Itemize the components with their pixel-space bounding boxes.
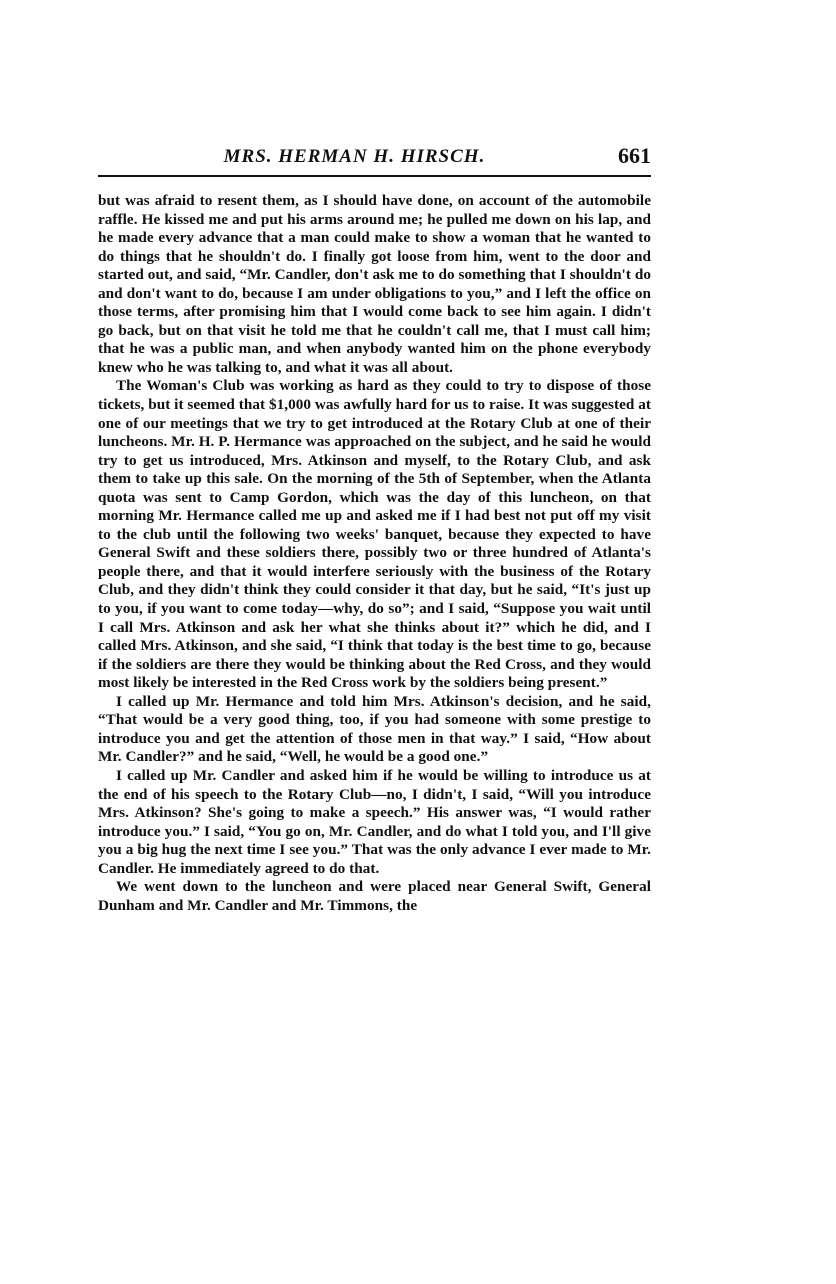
paragraph: but was afraid to resent them, as I shou… <box>98 192 651 377</box>
running-title: MRS. HERMAN H. HIRSCH. <box>98 146 651 168</box>
running-header: MRS. HERMAN H. HIRSCH. 661 <box>98 140 651 170</box>
paragraph: I called up Mr. Candler and asked him if… <box>98 767 651 878</box>
paragraph: We went down to the luncheon and were pl… <box>98 878 651 915</box>
header-rule <box>98 175 651 177</box>
book-page: MRS. HERMAN H. HIRSCH. 661 but was afrai… <box>98 140 651 915</box>
paragraph: I called up Mr. Hermance and told him Mr… <box>98 693 651 767</box>
page-number: 661 <box>618 143 651 169</box>
paragraph: The Woman's Club was working as hard as … <box>98 377 651 692</box>
body-text: but was afraid to resent them, as I shou… <box>98 192 651 915</box>
